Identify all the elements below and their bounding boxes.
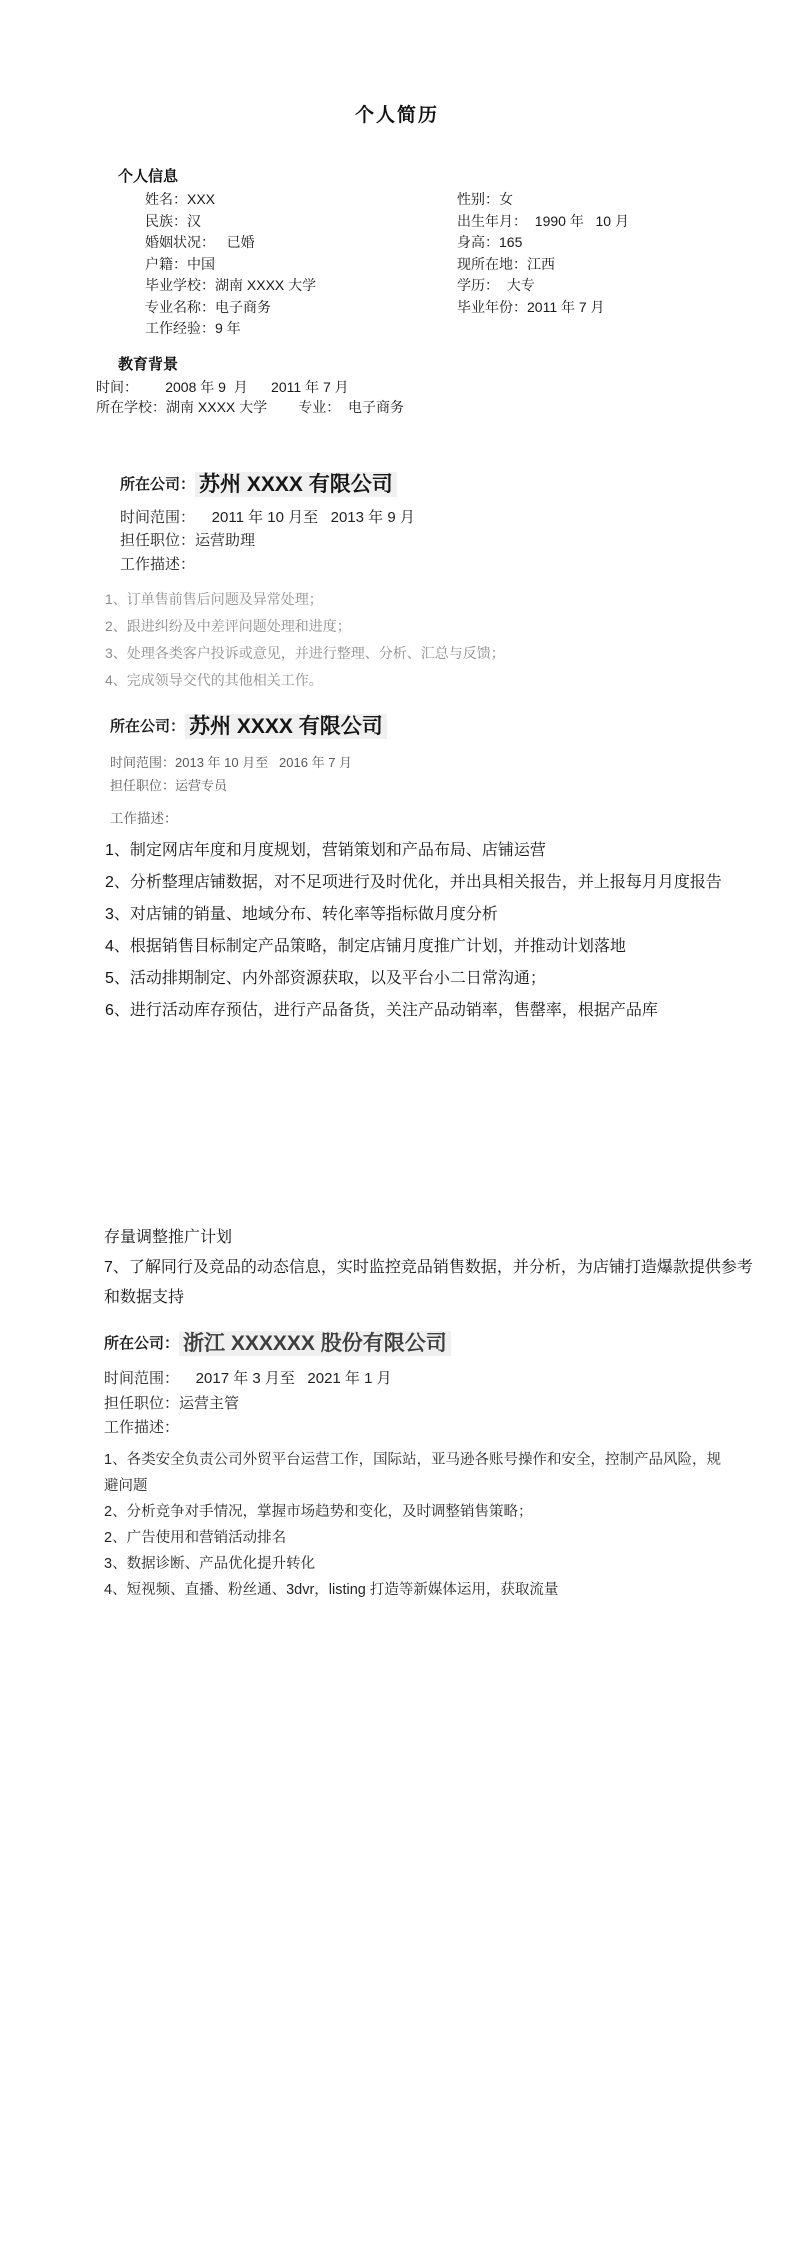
education-heading: 教育背景 xyxy=(0,353,794,374)
job1-items: 1、订单售前售后问题及异常处理； 2、跟进纠纷及中差评问题处理和进度； 3、处理… xyxy=(0,586,794,694)
job-item: 4、短视频、直播、粉丝通、3dvr，listing 打造等新媒体运用，获取流量 xyxy=(104,1577,734,1603)
job1-company-line: 所在公司：苏州 XXXX 有限公司 xyxy=(0,468,794,498)
info-major: 专业名称：电子商务 xyxy=(145,297,457,319)
job3-meta: 时间范围： 2017 年 3 月至 2021 年 1 月 担任职位：运营主管 工… xyxy=(0,1367,794,1441)
info-experience-years: 工作经验：9 年 xyxy=(145,318,457,340)
job1-meta: 时间范围： 2011 年 10 月至 2013 年 9 月 担任职位：运营助理 … xyxy=(0,506,794,577)
job1-position: 担任职位：运营助理 xyxy=(120,529,794,553)
job-item: 7、了解同行及竞品的动态信息，实时监控竞品销售数据，并分析，为店铺打造爆款提供参… xyxy=(104,1253,759,1313)
info-empty-cell xyxy=(457,318,794,340)
job2-continuation: 存量调整推广计划 7、了解同行及竞品的动态信息，实时监控竞品销售数据，并分析，为… xyxy=(0,1223,794,1313)
job-item: 4、根据销售目标制定产品策略，制定店铺月度推广计划，并推动计划落地 xyxy=(105,931,759,963)
job2-company-line: 所在公司：苏州 XXXX 有限公司 xyxy=(0,710,794,740)
job1-desc-label: 工作描述： xyxy=(120,553,794,577)
personal-info-grid: 姓名：XXX 性别：女 民族：汉 出生年月： 1990 年 10 月 婚姻状况：… xyxy=(0,189,794,340)
job1-section: 所在公司：苏州 XXXX 有限公司 时间范围： 2011 年 10 月至 201… xyxy=(0,468,794,695)
info-row: 户籍：中国 现所在地：江西 xyxy=(145,254,794,276)
info-gender: 性别：女 xyxy=(457,189,794,211)
page-title: 个人简历 xyxy=(0,0,794,127)
info-birth: 出生年月： 1990 年 10 月 xyxy=(457,211,794,233)
education-section: 教育背景 时间： 2008 年 9 月 2011 年 7 月 所在学校：湖南 X… xyxy=(0,353,794,418)
job2-items: 1、制定网店年度和月度规划，营销策划和产品布局、店铺运营 2、分析整理店铺数据，… xyxy=(0,835,794,1027)
job3-items: 1、各类安全负责公司外贸平台运营工作，国际站，亚马逊各账号操作和安全，控制产品风… xyxy=(0,1447,794,1603)
job-item: 6、进行活动库存预估，进行产品备货，关注产品动销率，售罄率，根据产品库 xyxy=(105,995,759,1027)
info-row: 工作经验：9 年 xyxy=(145,318,794,340)
education-time-line: 时间： 2008 年 9 月 2011 年 7 月 xyxy=(96,377,794,398)
job2-position: 担任职位：运营专员 xyxy=(110,775,794,798)
job3-section: 所在公司：浙江 XXXXXX 股份有限公司 时间范围： 2017 年 3 月至 … xyxy=(0,1327,794,1603)
job-item: 2、分析整理店铺数据，对不足项进行及时优化，并出具相关报告，并上报每月月度报告 xyxy=(105,867,759,899)
info-row: 姓名：XXX 性别：女 xyxy=(145,189,794,211)
info-degree: 学历： 大专 xyxy=(457,275,794,297)
page-break-gap xyxy=(0,1027,794,1223)
info-school: 毕业学校：湖南 XXXX 大学 xyxy=(145,275,457,297)
personal-info-section: 个人信息 姓名：XXX 性别：女 民族：汉 出生年月： 1990 年 10 月 … xyxy=(0,165,794,340)
job-item: 3、处理各类客户投诉或意见，并进行整理、分析、汇总与反馈； xyxy=(105,640,794,667)
info-marital-status: 婚姻状况： 已婚 xyxy=(145,232,457,254)
company-label: 所在公司： xyxy=(104,1335,179,1352)
job-item: 2、广告使用和营销活动排名 xyxy=(104,1525,734,1551)
job2-meta: 时间范围：2013 年 10 月至 2016 年 7 月 担任职位：运营专员 xyxy=(0,752,794,797)
job-item: 1、制定网店年度和月度规划，营销策划和产品布局、店铺运营 xyxy=(105,835,759,867)
info-row: 民族：汉 出生年月： 1990 年 10 月 xyxy=(145,211,794,233)
education-school-line: 所在学校：湖南 XXXX 大学 专业： 电子商务 xyxy=(96,397,794,418)
info-row: 毕业学校：湖南 XXXX 大学 学历： 大专 xyxy=(145,275,794,297)
resume-page: 个人简历 个人信息 姓名：XXX 性别：女 民族：汉 出生年月： 1990 年 … xyxy=(0,0,794,2246)
job2-time-range: 时间范围：2013 年 10 月至 2016 年 7 月 xyxy=(110,752,794,775)
job3-position: 担任职位：运营主管 xyxy=(104,1392,794,1417)
job1-company-name: 苏州 XXXX 有限公司 xyxy=(195,472,397,497)
job-item: 5、活动排期制定、内外部资源获取，以及平台小二日常沟通； xyxy=(105,963,759,995)
job-item: 3、对店铺的销量、地域分布、转化率等指标做月度分析 xyxy=(105,899,759,931)
info-graduation-year: 毕业年份：2011 年 7 月 xyxy=(457,297,794,319)
job-item: 1、各类安全负责公司外贸平台运营工作，国际站，亚马逊各账号操作和安全，控制产品风… xyxy=(104,1447,734,1499)
job3-time-range: 时间范围： 2017 年 3 月至 2021 年 1 月 xyxy=(104,1367,794,1392)
job-item: 2、跟进纠纷及中差评问题处理和进度； xyxy=(105,613,794,640)
info-ethnicity: 民族：汉 xyxy=(145,211,457,233)
job2-section: 所在公司：苏州 XXXX 有限公司 时间范围：2013 年 10 月至 2016… xyxy=(0,710,794,1313)
job2-company-name: 苏州 XXXX 有限公司 xyxy=(185,714,387,739)
info-location: 现所在地：江西 xyxy=(457,254,794,276)
job3-company-name: 浙江 XXXXXX 股份有限公司 xyxy=(179,1331,451,1356)
info-name: 姓名：XXX xyxy=(145,189,457,211)
personal-info-heading: 个人信息 xyxy=(0,165,794,186)
education-body: 时间： 2008 年 9 月 2011 年 7 月 所在学校：湖南 XXXX 大… xyxy=(0,377,794,418)
job-item: 3、数据诊断、产品优化提升转化 xyxy=(104,1551,734,1577)
job3-desc-label: 工作描述： xyxy=(104,1416,794,1441)
job-item: 4、完成领导交代的其他相关工作。 xyxy=(105,667,794,694)
job-item: 1、订单售前售后问题及异常处理； xyxy=(105,586,794,613)
info-row: 专业名称：电子商务 毕业年份：2011 年 7 月 xyxy=(145,297,794,319)
info-height: 身高：165 xyxy=(457,232,794,254)
info-registry: 户籍：中国 xyxy=(145,254,457,276)
job1-time-range: 时间范围： 2011 年 10 月至 2013 年 9 月 xyxy=(120,506,794,530)
job3-company-line: 所在公司：浙江 XXXXXX 股份有限公司 xyxy=(0,1327,794,1357)
company-label: 所在公司： xyxy=(110,718,185,735)
company-label: 所在公司： xyxy=(120,476,195,493)
job2-desc-label: 工作描述： xyxy=(0,807,794,827)
info-row: 婚姻状况： 已婚 身高：165 xyxy=(145,232,794,254)
job-item-continuation: 存量调整推广计划 xyxy=(104,1223,759,1253)
job-item: 2、分析竞争对手情况，掌握市场趋势和变化，及时调整销售策略； xyxy=(104,1499,734,1525)
